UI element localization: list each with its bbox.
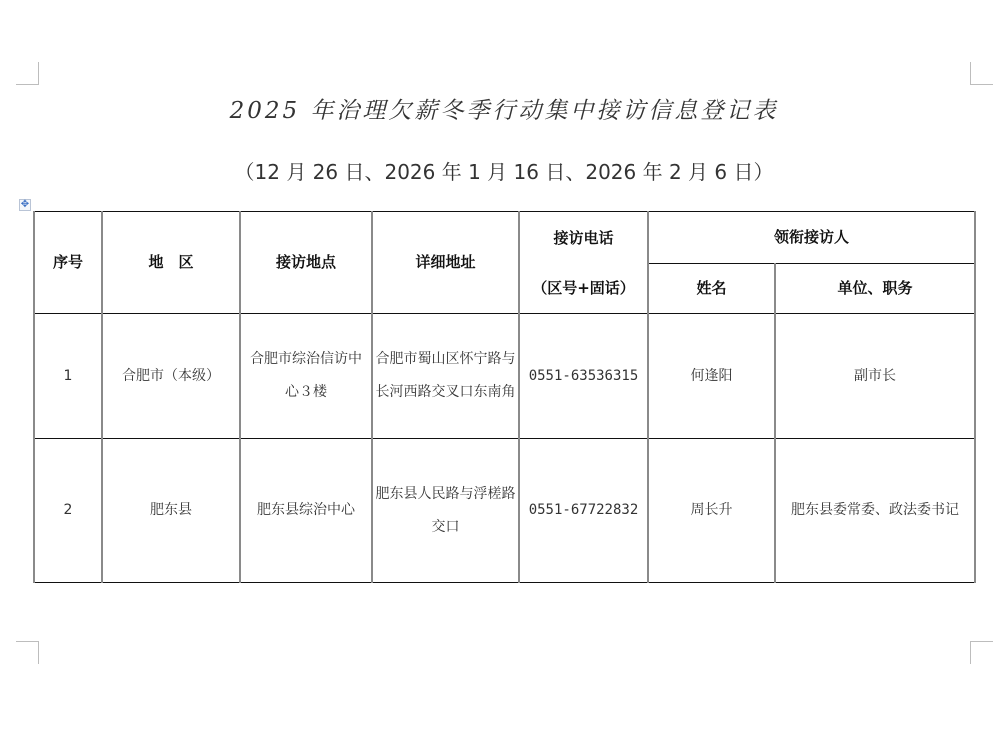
document-subtitle: （12 月 26 日、2026 年 1 月 16 日、2026 年 2 月 6 … [0, 156, 1008, 185]
header-region: 地 区 [102, 212, 240, 314]
cell-address-text: 肥东县人民路与浮槎路交口 [376, 486, 516, 535]
page-corner-mark-top-right [970, 62, 993, 85]
header-phone: 接访电话 （区号+固话） [519, 212, 648, 314]
table-row: 2 肥东县 肥东县综治中心 肥东县人民路与浮槎路交口 0551-67722832… [34, 439, 975, 583]
cell-location-text: 合肥市综治信访中心３楼 [250, 351, 362, 400]
cell-location: 合肥市综治信访中心３楼 [240, 314, 372, 439]
table-move-handle-icon[interactable]: ✥ [19, 199, 31, 211]
header-leader-title: 单位、职务 [775, 264, 975, 314]
cell-leader-name: 周长升 [648, 439, 775, 583]
header-address: 详细地址 [372, 212, 519, 314]
cell-region: 肥东县 [102, 439, 240, 583]
cell-address-text: 合肥市蜀山区怀宁路与长河西路交叉口东南角 [376, 351, 516, 400]
cell-location: 肥东县综治中心 [240, 439, 372, 583]
header-leader-name: 姓名 [648, 264, 775, 314]
cell-seq: 2 [34, 439, 102, 583]
cell-leader-name: 何逢阳 [648, 314, 775, 439]
cell-seq: 1 [34, 314, 102, 439]
header-location: 接访地点 [240, 212, 372, 314]
document-title: 2025 年治理欠薪冬季行动集中接访信息登记表 [0, 92, 1008, 125]
cell-address: 肥东县人民路与浮槎路交口 [372, 439, 519, 583]
cell-leader-title: 副市长 [775, 314, 975, 439]
cell-phone: 0551-67722832 [519, 439, 648, 583]
registration-table: 序号 地 区 接访地点 详细地址 接访电话 （区号+固话） 领衔接访人 姓名 单… [33, 211, 976, 583]
header-phone-line2: （区号+固话） [520, 263, 647, 313]
cell-leader-title: 肥东县委常委、政法委书记 [775, 439, 975, 583]
header-row-top: 序号 地 区 接访地点 详细地址 接访电话 （区号+固话） 领衔接访人 [34, 212, 975, 264]
header-seq: 序号 [34, 212, 102, 314]
page-corner-mark-bottom-right [970, 641, 993, 664]
cell-region: 合肥市（本级） [102, 314, 240, 439]
cell-phone: 0551-63536315 [519, 314, 648, 439]
page-corner-mark-bottom-left [16, 641, 39, 664]
header-leader-group: 领衔接访人 [648, 212, 975, 264]
cell-address: 合肥市蜀山区怀宁路与长河西路交叉口东南角 [372, 314, 519, 439]
header-phone-line1: 接访电话 [520, 213, 647, 263]
page-corner-mark-top-left [16, 62, 39, 85]
table-row: 1 合肥市（本级） 合肥市综治信访中心３楼 合肥市蜀山区怀宁路与长河西路交叉口东… [34, 314, 975, 439]
